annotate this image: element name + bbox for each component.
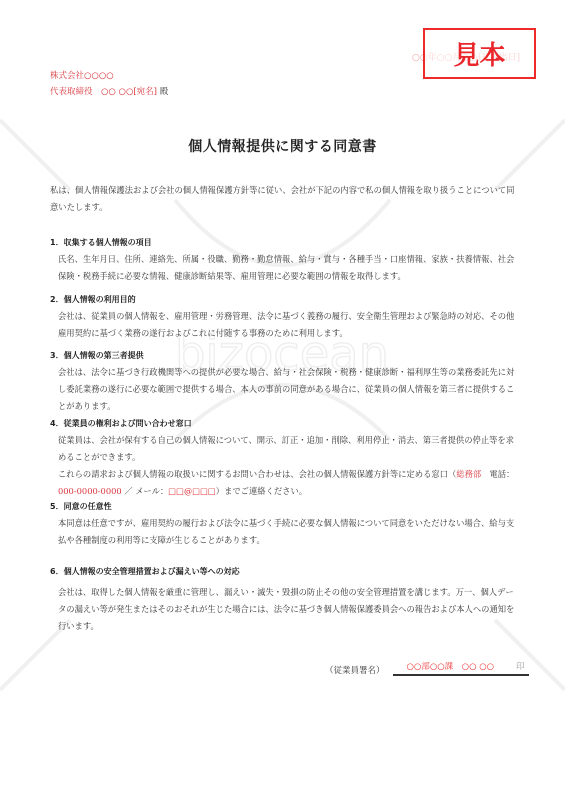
recipient-block: 株式会社○○○○ 代表取締役 ○○ ○○[宛名] 殿 bbox=[50, 68, 168, 100]
section-body: 氏名、生年月日、住所、連絡先、所属・役職、勤務・勤怠情報、給与・賞与・各種手当・… bbox=[50, 251, 520, 285]
contact-mail: □□@□□□ bbox=[168, 486, 216, 496]
section-body: 会社は、取得した個人情報を厳重に管理し、漏えい・滅失・毀損の防止その他の安全管理… bbox=[50, 584, 520, 635]
page-title: 個人情報提供に関する同意書 bbox=[0, 136, 565, 156]
section-third-party: 3．個人情報の第三者提供 会社は、法令に基づき行政機関等への提供が必要な場合、給… bbox=[50, 347, 520, 415]
recipient-honorific: 殿 bbox=[160, 87, 169, 97]
signature-name: ○○部○○課 ○○ ○○ bbox=[407, 660, 495, 672]
section-heading: 2．個人情報の利用目的 bbox=[50, 291, 520, 308]
section-body: 会社は、従業員の個人情報を、雇用管理・労務管理、法令に基づく義務の履行、安全衛生… bbox=[50, 308, 520, 342]
section-purpose: 2．個人情報の利用目的 会社は、従業員の個人情報を、雇用管理・労務管理、法令に基… bbox=[50, 291, 520, 342]
section-heading: 1．収集する個人情報の項目 bbox=[50, 234, 520, 251]
section-heading: 4．従業員の権利および問い合わせ窓口 bbox=[50, 415, 520, 432]
seal-mark: 印 bbox=[516, 660, 525, 672]
contact-prefix: これらの請求および個人情報の取扱いに関するお問い合わせは、会社の個人情報保護方針… bbox=[58, 469, 456, 479]
signature-label: （従業員署名） bbox=[325, 664, 385, 676]
recipient-title-name: 代表取締役 ○○ ○○[宛名] bbox=[50, 87, 157, 97]
section-heading: 6．個人情報の安全管理措置および漏えい等への対応 bbox=[50, 563, 520, 580]
contact-suffix: ）までご連絡ください。 bbox=[216, 486, 307, 496]
signature-block: （従業員署名） ○○部○○課 ○○ ○○ 印 bbox=[325, 660, 529, 676]
signature-field[interactable]: ○○部○○課 ○○ ○○ 印 bbox=[393, 660, 529, 676]
phone-label: 電話： bbox=[481, 469, 514, 479]
contact-dept: 総務部 bbox=[456, 469, 481, 479]
section-voluntary: 5．同意の任意性 本同意は任意ですが、雇用契約の履行および法令に基づく手続に必要… bbox=[50, 498, 520, 549]
section-heading: 3．個人情報の第三者提供 bbox=[50, 347, 520, 364]
section-heading: 5．同意の任意性 bbox=[50, 498, 520, 515]
section-body: 本同意は任意ですが、雇用契約の履行および法令に基づく手続に必要な個人情報について… bbox=[50, 515, 520, 549]
section-collected-items: 1．収集する個人情報の項目 氏名、生年月日、住所、連絡先、所属・役職、勤務・勤怠… bbox=[50, 234, 520, 285]
section-security: 6．個人情報の安全管理措置および漏えい等への対応 会社は、取得した個人情報を厳重… bbox=[50, 563, 520, 635]
intro-paragraph: 私は、個人情報保護法および会社の個人情報保護方針等に従い、会社が下記の内容で私の… bbox=[50, 182, 520, 216]
recipient-company: 株式会社○○○○ bbox=[50, 68, 168, 84]
section-body: 従業員は、会社が保有する自己の個人情報について、開示、訂正・追加・削除、利用停止… bbox=[50, 432, 520, 466]
mail-label: ／ メール： bbox=[122, 486, 169, 496]
sample-stamp: 見本 bbox=[423, 28, 536, 79]
contact-phone: 000-0000-0000 bbox=[58, 486, 122, 496]
section-contact-paragraph: これらの請求および個人情報の取扱いに関するお問い合わせは、会社の個人情報保護方針… bbox=[50, 466, 520, 500]
section-body: 会社は、法令に基づき行政機関等への提供が必要な場合、給与・社会保険・税務・健康診… bbox=[50, 364, 520, 415]
section-rights-contact: 4．従業員の権利および問い合わせ窓口 従業員は、会社が保有する自己の個人情報につ… bbox=[50, 415, 520, 500]
recipient-person: 代表取締役 ○○ ○○[宛名] 殿 bbox=[50, 84, 168, 100]
